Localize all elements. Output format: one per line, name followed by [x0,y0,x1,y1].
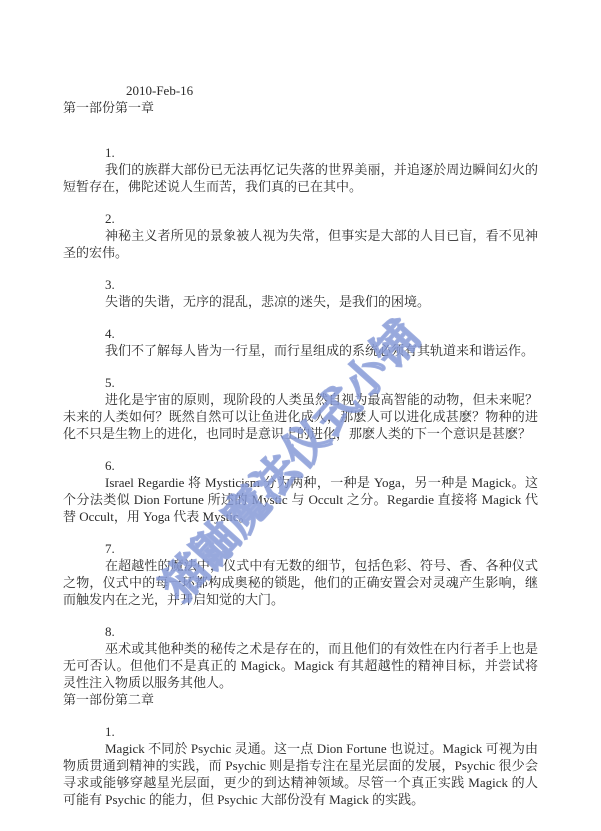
section-paragraph: 神秘主义者所见的景象被人视为失常，但事实是大部的人目已盲，看不见神圣的宏伟。 [63,227,538,261]
section-paragraph: 我们的族群大部份已无法再忆记失落的世界美丽，并追逐於周边瞬间幻火的短暂存在，佛陀… [63,161,538,195]
section-number: 3. [105,276,538,293]
date-line: 2010-Feb-16 [126,82,538,99]
section-ch2-1: 1. Magick 不同於 Psychic 灵通。这一点 Dion Fortun… [63,723,538,808]
document-content: 2010-Feb-16 第一部份第一章 1. 我们的族群大部份已无法再忆记失落的… [63,82,538,808]
section-4: 4. 我们不了解每人皆为一行星，而行星组成的系统必须有其轨道来和谐运作。 [63,325,538,359]
section-8: 8. 巫术或其他种类的秘传之术是存在的，而且他们的有效性在内行者手上也是无可否认… [63,623,538,691]
section-number: 5. [105,374,538,391]
section-number: 1. [105,144,538,161]
section-number: 6. [105,457,538,474]
section-2: 2. 神秘主义者所见的景象被人视为失常，但事实是大部的人目已盲，看不见神圣的宏伟… [63,210,538,261]
section-paragraph: 在超越性的魔法中，仪式中有无数的细节，包括色彩、符号、香、各种仪式之物，仪式中的… [63,557,538,608]
section-1: 1. 我们的族群大部份已无法再忆记失落的世界美丽，并追逐於周边瞬间幻火的短暂存在… [63,144,538,195]
section-paragraph: Israel Regardie 将 Mysticism 分为两种，一种是 Yog… [63,474,538,525]
section-number: 4. [105,325,538,342]
chapter-2-heading: 第一部份第二章 [63,691,538,708]
section-paragraph: Magick 不同於 Psychic 灵通。这一点 Dion Fortune 也… [63,740,538,808]
section-5: 5. 进化是宇宙的原则，现阶段的人类虽然自视为最高智能的动物，但未来呢？未来的人… [63,374,538,442]
section-6: 6. Israel Regardie 将 Mysticism 分为两种，一种是 … [63,457,538,525]
section-7: 7. 在超越性的魔法中，仪式中有无数的细节，包括色彩、符号、香、各种仪式之物，仪… [63,540,538,608]
section-paragraph: 进化是宇宙的原则，现阶段的人类虽然自视为最高智能的动物，但未来呢？未来的人类如何… [63,391,538,442]
chapter-1-heading: 第一部份第一章 [63,99,538,116]
section-number: 1. [105,723,538,740]
section-3: 3. 失谐的失谐，无序的混乱，悲凉的迷失，是我们的困境。 [63,276,538,310]
section-number: 2. [105,210,538,227]
section-number: 8. [105,623,538,640]
document-page: 2010-Feb-16 第一部份第一章 1. 我们的族群大部份已无法再忆记失落的… [0,0,601,831]
section-paragraph: 巫术或其他种类的秘传之术是存在的，而且他们的有效性在内行者手上也是无可否认。但他… [63,640,538,691]
section-number: 7. [105,540,538,557]
section-paragraph: 失谐的失谐，无序的混乱，悲凉的迷失，是我们的困境。 [63,293,538,310]
section-paragraph: 我们不了解每人皆为一行星，而行星组成的系统必须有其轨道来和谐运作。 [63,342,538,359]
